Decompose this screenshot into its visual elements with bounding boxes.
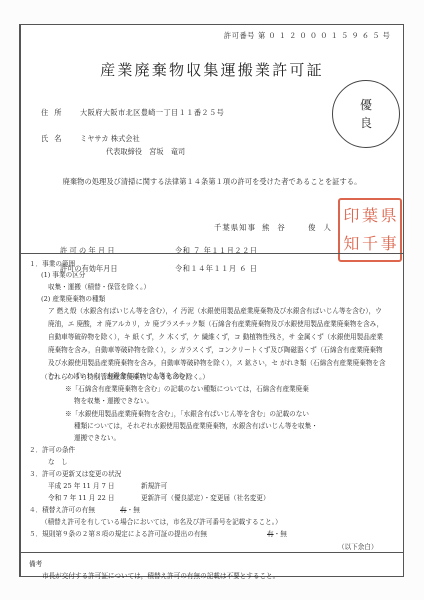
- seal-char: 事: [379, 236, 398, 252]
- option-yes-struck: 有: [120, 506, 127, 514]
- badge-char-1: 優: [360, 96, 372, 114]
- option-no: 無: [133, 506, 140, 514]
- submission-status: 有・無: [267, 528, 287, 541]
- remarks-title: 備考: [29, 558, 42, 568]
- remarks-body: 市長が交付する許可証については，積替え許可の有無の記載は不要とすること。: [42, 570, 279, 580]
- address-value: 大阪府大阪市北区豊崎一丁目１１番２５号: [80, 108, 224, 118]
- company-name: ミヤサカ 株式会社: [80, 134, 140, 144]
- expiry-date-value: 令和１４年１１月 ６ 日: [175, 264, 257, 274]
- permit-date-label: 許 可 の 年 月 日: [60, 246, 115, 256]
- seal-char: 千: [361, 236, 380, 252]
- asbestos-note-line-2: 物を収集・運搬できない。: [74, 395, 153, 408]
- issuer-name: 熊谷 俊人: [262, 223, 339, 232]
- option-yes-struck: 有: [267, 530, 274, 538]
- certification-statement: 廃棄物の処理及び清掃に関する法律第１４条第１項の許可を受けた者であることを証する…: [21, 177, 403, 187]
- issuer: 千葉県知事熊谷 俊人: [214, 222, 339, 233]
- option-no: 無: [280, 530, 287, 538]
- permit-number: 許可番号 第０１２０００１５９６５号: [224, 31, 393, 41]
- permit-date-value: 令和 ７ 年１１月２２日: [175, 246, 257, 256]
- mercury-note-line-3: 運搬できない。: [74, 432, 120, 445]
- excellent-rating-badge: 優 良: [332, 80, 400, 148]
- history-event: 更新許可（優良認定）・変更届（社名変更）: [141, 492, 270, 505]
- remarks-divider: [21, 552, 403, 553]
- section-5-title: ５．規則第９条の２第８項の規定による許可証の提出の有無: [29, 528, 207, 541]
- representative-name: 代表取締役 宮坂 竜司: [106, 147, 185, 157]
- seal-char: 印: [342, 208, 361, 224]
- header-divider: [21, 253, 403, 254]
- name-label: 氏名: [41, 134, 67, 144]
- permit-number-label: 許可番号: [224, 31, 255, 40]
- seal-char: 葉: [361, 208, 380, 224]
- permit-certificate: 許可番号 第０１２０００１５９６５号 産業廃棄物収集運搬業許可証 住所 大阪府大…: [19, 24, 404, 577]
- badge-char-2: 良: [360, 114, 372, 132]
- document-title: 産業廃棄物収集運搬業許可証: [21, 59, 403, 80]
- issuer-title: 千葉県知事: [214, 223, 256, 232]
- seal-char: 県: [379, 208, 398, 224]
- seal-char: 知: [342, 236, 361, 252]
- permit-number-value: 第０１２０００１５９６５号: [258, 31, 393, 40]
- address-label: 住所: [41, 108, 67, 118]
